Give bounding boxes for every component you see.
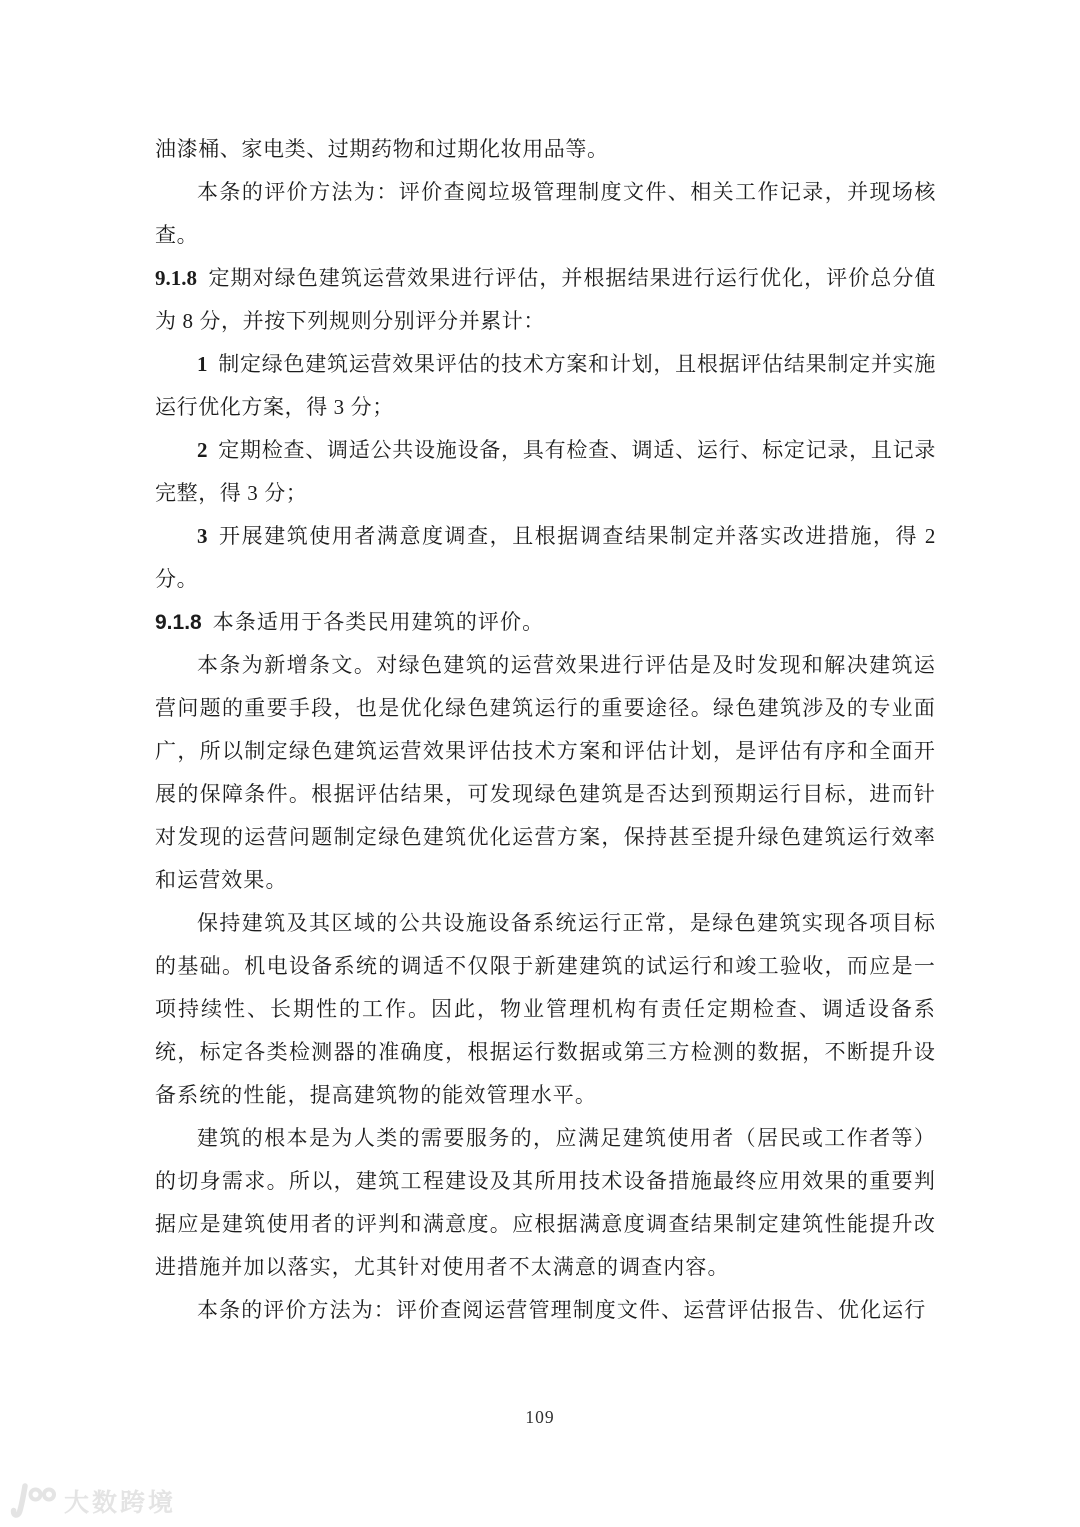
watermark: 大数跨境 [10,1482,176,1520]
commentary-paragraph: 保持建筑及其区域的公共设施设备系统运行正常，是绿色建筑实现各项目标的基础。机电设… [155,902,936,1117]
item-number: 1 [197,352,208,376]
scoring-item-2: 2定期检查、调适公共设施设备，具有检查、调适、运行、标定记录，且记录完整，得 3… [155,429,936,515]
scoring-item-1: 1制定绿色建筑运营效果评估的技术方案和计划，且根据评估结果制定并实施运行优化方案… [155,343,936,429]
commentary-paragraph: 本条为新增条文。对绿色建筑的运营效果进行评估是及时发现和解决建筑运营问题的重要手… [155,644,936,902]
evaluation-method-paragraph: 本条的评价方法为：评价查阅垃圾管理制度文件、相关工作记录，并现场核查。 [155,171,936,257]
paragraph-text: 本条的评价方法为：评价查阅运营管理制度文件、运营评估报告、优化运行 [197,1298,926,1322]
document-body: 油漆桶、家电类、过期药物和过期化妆用品等。 本条的评价方法为：评价查阅垃圾管理制… [155,128,936,1332]
paragraph-text: 定期对绿色建筑运营效果进行评估，并根据结果进行运行优化，评价总分值为 8 分，并… [155,266,936,333]
paragraph-text: 油漆桶、家电类、过期药物和过期化妆用品等。 [155,137,609,161]
clause-number: 9.1.8 [155,611,202,634]
document-page: { "page": { "number": "109", "background… [0,0,1080,1527]
paragraph-text: 本条为新增条文。对绿色建筑的运营效果进行评估是及时发现和解决建筑运营问题的重要手… [155,653,936,892]
commentary-paragraph: 本条的评价方法为：评价查阅运营管理制度文件、运营评估报告、优化运行 [155,1289,936,1332]
paragraph-text: 建筑的根本是为人类的需要服务的，应满足建筑使用者（居民或工作者等）的切身需求。所… [155,1126,936,1279]
continued-paragraph: 油漆桶、家电类、过期药物和过期化妆用品等。 [155,128,936,171]
watermark-text: 大数跨境 [64,1483,176,1519]
page-number: 109 [0,1407,1080,1428]
commentary-paragraph: 建筑的根本是为人类的需要服务的，应满足建筑使用者（居民或工作者等）的切身需求。所… [155,1117,936,1289]
clause-number: 9.1.8 [155,266,197,290]
paragraph-text: 定期检查、调适公共设施设备，具有检查、调适、运行、标定记录，且记录完整，得 3 … [155,438,936,505]
item-number: 2 [197,438,208,462]
paragraph-text: 保持建筑及其区域的公共设施设备系统运行正常，是绿色建筑实现各项目标的基础。机电设… [155,911,936,1107]
paragraph-text: 本条适用于各类民用建筑的评价。 [213,610,545,634]
item-number: 3 [197,524,208,548]
paragraph-text: 制定绿色建筑运营效果评估的技术方案和计划，且根据评估结果制定并实施运行优化方案，… [155,352,936,419]
clause-9-1-8-paragraph: 9.1.8定期对绿色建筑运营效果进行评估，并根据结果进行运行优化，评价总分值为 … [155,257,936,343]
dashu-logo-icon [10,1483,57,1519]
scoring-item-3: 3开展建筑使用者满意度调查，且根据调查结果制定并落实改进措施，得 2 分。 [155,515,936,601]
paragraph-text: 本条的评价方法为：评价查阅垃圾管理制度文件、相关工作记录，并现场核查。 [155,180,936,247]
commentary-clause-heading: 9.1.8本条适用于各类民用建筑的评价。 [155,601,936,644]
paragraph-text: 开展建筑使用者满意度调查，且根据调查结果制定并落实改进措施，得 2 分。 [155,524,936,591]
